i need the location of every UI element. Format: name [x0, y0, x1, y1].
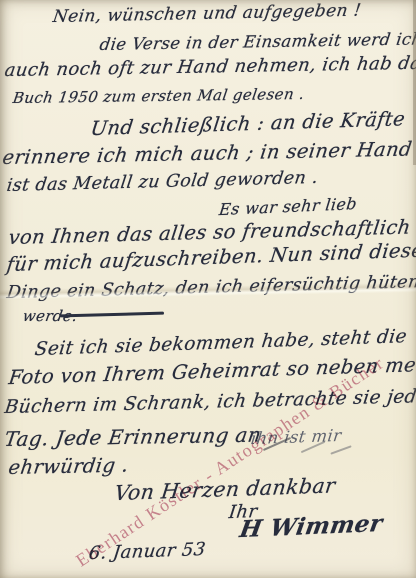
letter-line: ist das Metall zu Gold geworden .: [6, 169, 320, 196]
letter-line: Es war sehr lieb: [218, 196, 358, 219]
letter-line: die Verse in der Einsamkeit werd ich: [99, 30, 416, 53]
letter-line: Buch 1950 zum ersten Mal gelesen .: [12, 87, 306, 107]
letter-line: Tag. Jede Erinnerung an: [3, 425, 263, 451]
letter-line: Und schließlich : an die Kräfte: [89, 109, 406, 139]
letter-line: erinnere ich mich auch ; in seiner Hand: [1, 139, 413, 168]
letter-line: auch noch oft zur Hand nehmen, ich hab d…: [3, 55, 416, 81]
scanned-letter-page: Nein, wünschen und aufgegeben ! die Vers…: [0, 0, 416, 578]
signature: H Wimmer: [238, 512, 384, 543]
letter-line: Nein, wünschen und aufgegeben !: [52, 3, 363, 27]
closing-line: Von Herzen dankbar: [113, 475, 336, 504]
letter-line: ehrwürdig .: [7, 455, 130, 478]
letter-line: werde.: [22, 309, 79, 325]
pencil-stroke: [330, 445, 351, 454]
